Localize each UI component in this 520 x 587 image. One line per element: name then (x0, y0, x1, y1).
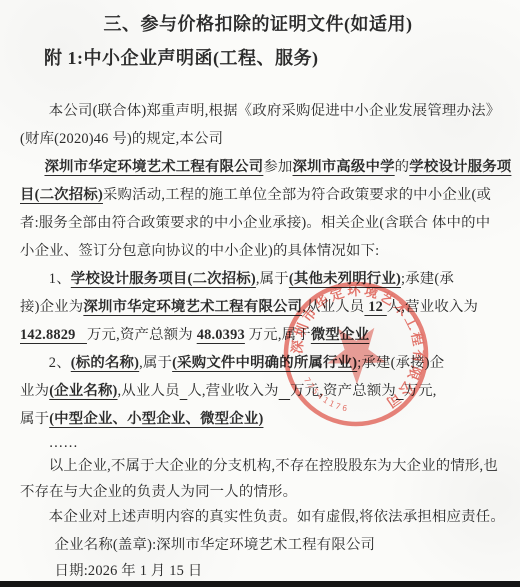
document-body: 本公司(联合体)郑重声明,根据《政府采购促进中小企业发展管理办法》(财库(202… (20, 97, 498, 584)
page-subtitle: 附 1:中小企业声明函(工程、服务) (20, 42, 496, 74)
scanned-declaration-page: { "page": { "title_line1": "三、参与价格扣除的证明文… (0, 0, 520, 587)
doc-line: 深圳市华定环境艺术工程有限公司参加深圳市高级中学的学校设计服务项 (20, 153, 498, 181)
doc-text: …… (49, 435, 78, 451)
filled-field-text: 12 (364, 299, 386, 315)
doc-line: (财库(2020)46 号)的规定,本公司 (20, 125, 498, 153)
doc-text: 采购活动,工程的施工单位全部为符合政策要求的中小企业(或 (103, 187, 491, 203)
doc-text: 人,营业收入为 (387, 299, 478, 315)
doc-text: 者:服务全部由符合政策要求的中小企业承接)。相关企业(含联合 体中的中 (20, 215, 490, 231)
doc-line: 本企业对上述声明内容的真实性负责。如有虚假,将依法承担相应责任。 (20, 505, 498, 531)
doc-line: 小企业、签订分包意向协议的中小企业)的具体情况如下: (20, 237, 498, 265)
filled-field-text: 142.8829 (20, 327, 87, 343)
doc-line: 企业名称(盖章):深圳市华定环境艺术工程有限公司 (20, 531, 498, 559)
filled-field-text: 48.0393 (197, 327, 245, 343)
doc-line: 属于(中型企业、小型企业、微型企业) (20, 405, 498, 433)
doc-text: ,属于 (256, 271, 289, 287)
doc-text: 人,营业收入为 (187, 383, 278, 399)
doc-text: 以上企业,不属于大企业的分支机构,不存在控股股东为大企业的情形,也 (49, 458, 498, 474)
filled-field-text (396, 383, 404, 399)
filled-field-text: (中型企业、小型企业、微型企业) (49, 411, 263, 427)
doc-line: 1、学校设计服务项目(二次招标),属于(其他未列明行业);承建(承 (20, 265, 498, 293)
doc-text: 业为 (20, 383, 49, 399)
page-title: 三、参与价格扣除的证明文件(如适用) (20, 8, 496, 40)
doc-text: 小企业、签订分包意向协议的中小企业)的具体情况如下: (20, 243, 379, 259)
doc-line: 不存在与大企业的负责人为同一人的情形。 (20, 480, 498, 506)
doc-text: 不存在与大企业的负责人为同一人的情形。 (20, 484, 297, 500)
doc-line: …… (20, 433, 498, 454)
filled-field-text: (其他未列明行业) (289, 271, 401, 287)
filled-field-text: (采购文件中明确的所属行业) (172, 355, 357, 371)
doc-text: ;承建(承接)企 (357, 355, 444, 371)
filled-field-text: 深圳市华定环境艺术工程有限公司 (83, 299, 302, 315)
filled-field-text: 深圳市高级中学 (293, 159, 395, 175)
doc-line: 2、(标的名称),属于(采购文件中明确的所属行业);承建(承接)企 (20, 349, 498, 377)
filled-field-text (279, 383, 290, 399)
filled-field-text: (标的名称) (71, 355, 139, 371)
doc-text: ,从业人员 (118, 383, 180, 399)
doc-text: 万元,资产总额为 (290, 383, 396, 399)
title-block: 三、参与价格扣除的证明文件(如适用) 附 1:中小企业声明函(工程、服务) (20, 8, 496, 74)
doc-text: 万元,资产总额为 (87, 327, 197, 343)
doc-text: ;承建(承 (401, 271, 454, 287)
doc-text: 2、 (49, 355, 71, 371)
filled-field-text: 学校设计服务项 (409, 159, 511, 175)
filled-field-text: (企业名称) (49, 383, 117, 399)
doc-text: 本公司(联合体)郑重声明,根据《政府采购促进中小企业发展管理办法》 (49, 103, 501, 119)
doc-text: 属于 (20, 411, 49, 427)
doc-text: 1、 (49, 271, 71, 287)
doc-line: 目(二次招标)采购活动,工程的施工单位全部为符合政策要求的中小企业(或 (20, 181, 498, 209)
doc-line: 接)企业为深圳市华定环境艺术工程有限公司,从业人员 12 人,营业收入为 (20, 293, 498, 321)
doc-text: (财库(2020)46 号)的规定,本公司 (20, 131, 223, 147)
doc-text: ,从业人员 (302, 299, 364, 315)
doc-text: 万元, (404, 383, 437, 399)
doc-text: 本企业对上述声明内容的真实性负责。如有虚假,将依法承担相应责任。 (49, 509, 505, 525)
doc-text: 的 (395, 159, 410, 175)
doc-line: 者:服务全部由符合政策要求的中小企业承接)。相关企业(含联合 体中的中 (20, 209, 498, 237)
doc-line: 以上企业,不属于大企业的分支机构,不存在控股股东为大企业的情形,也 (20, 454, 498, 480)
scan-edge-bar (0, 581, 520, 587)
doc-text: 参加 (263, 159, 292, 175)
doc-line: 本公司(联合体)郑重声明,根据《政府采购促进中小企业发展管理办法》 (20, 97, 498, 125)
doc-text: 接)企业为 (20, 299, 83, 315)
filled-field-text: 微型企业 (311, 327, 369, 343)
doc-text: ,属于 (139, 355, 172, 371)
doc-text: 万元,属于 (245, 327, 311, 343)
doc-text: 企业名称(盖章):深圳市华定环境艺术工程有限公司 (55, 537, 376, 553)
filled-field-text: 深圳市华定环境艺术工程有限公司 (44, 159, 263, 175)
doc-line: 业为(企业名称),从业人员 人,营业收入为 万元,资产总额为 万元, (20, 377, 498, 405)
doc-line: 142.8829 万元,资产总额为 48.0393 万元,属于微型企业 (20, 321, 498, 349)
doc-text: 日期:2026 年 1 月 15 日 (55, 563, 203, 579)
filled-field-text: 学校设计服务项目(二次招标) (71, 271, 256, 287)
filled-field-text: 目(二次招标) (20, 187, 103, 203)
